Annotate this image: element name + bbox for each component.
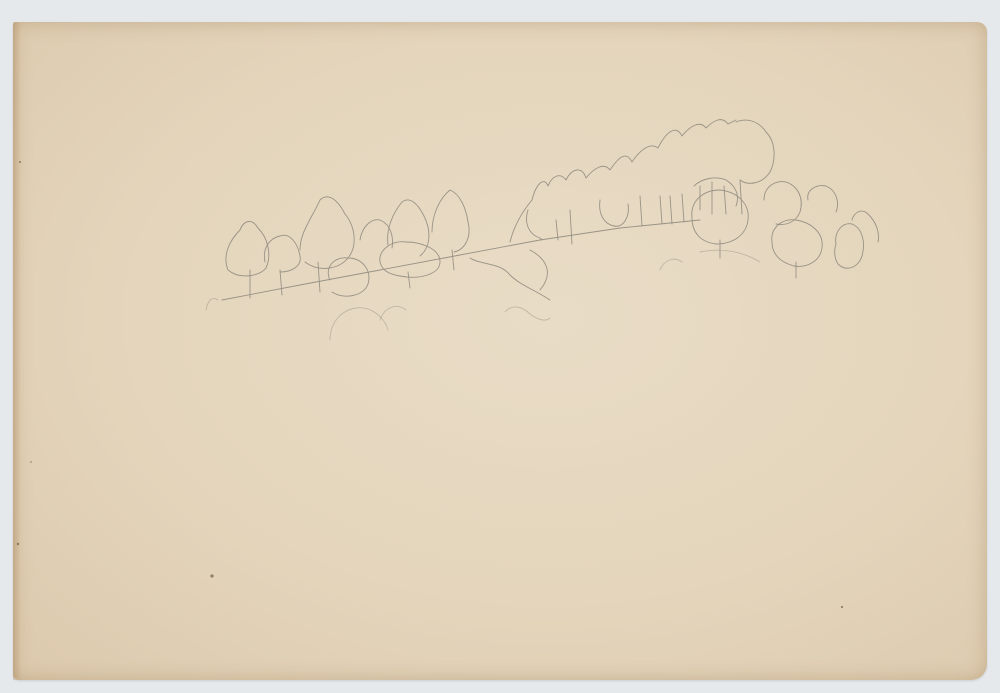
hill-line — [222, 220, 700, 300]
pencil-sketch — [0, 0, 1000, 693]
